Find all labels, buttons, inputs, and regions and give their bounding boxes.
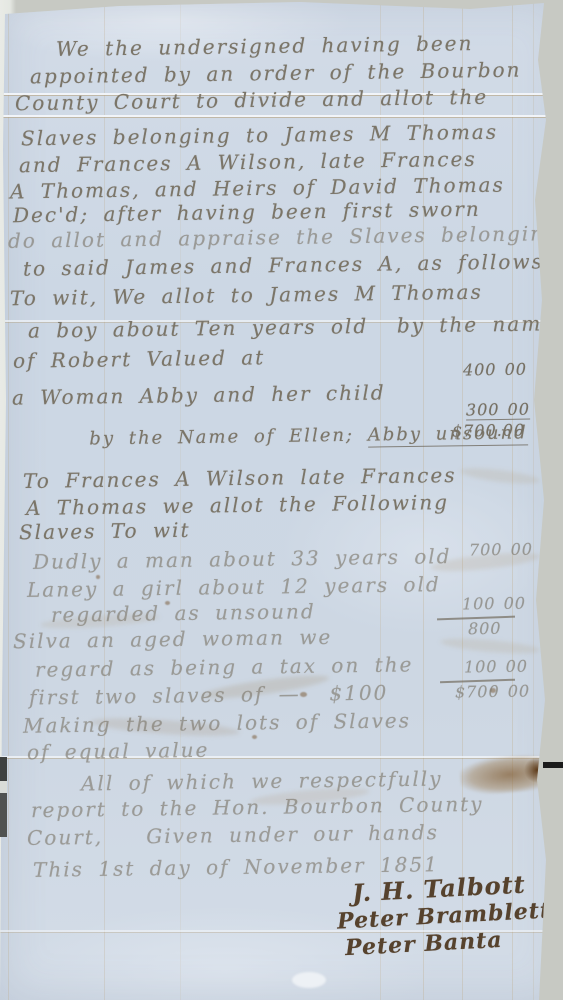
paper-chip [292,972,326,988]
manuscript-line: regarded as unsound [51,601,316,625]
manuscript-line: report to the Hon. Bourbon County [31,794,484,820]
manuscript-line: and Frances A Wilson, late Frances [19,149,477,175]
manuscript-line: to said James and Frances A, as follows [23,251,544,278]
ink-bleed-smudge [460,465,541,487]
manuscript-line: To Frances A Wilson late Frances [23,465,457,491]
amount-abby-ellen: 300 00 [466,402,530,421]
manuscript-line: Making the two lots of Slaves [23,710,411,735]
manuscript-line-ellen: by the Name of Ellen; Abby unsound [7,406,528,467]
manuscript-line: of equal value [27,740,210,763]
manuscript-line: A Thomas we allot the Following [26,492,449,518]
manuscript-line: This 1st day of November 1851 [33,854,439,880]
ink-speck [252,735,257,739]
ledger-rule [512,0,513,1000]
manuscript-line: appointed by an order of the Bourbon [30,60,522,87]
amount-dudly: 700 00 [469,542,533,559]
amount-tax: 100 00 [464,659,528,676]
scan-edge-mark-right [543,762,563,768]
manuscript-line: of Robert Valued at [13,347,266,371]
manuscript-line: Silva an aged woman we [13,627,332,651]
document-scan: We the undersigned having been appointed… [0,0,563,1000]
ledger-rule [8,0,9,1000]
manuscript-line: a Woman Abby and her child [12,382,386,407]
manuscript-line: Slaves belonging to James M Thomas [21,122,498,149]
fold-crease [0,115,563,119]
manuscript-line: Dudly a man about 33 years old [33,546,452,572]
manuscript-line: regard as being a tax on the [35,654,414,679]
manuscript-line: first two slaves of — $100 [29,682,389,707]
ledger-rule [533,0,534,1000]
manuscript-line: a boy about Ten years old by the name [28,313,556,340]
amount-laney: 100 00 [462,596,526,613]
manuscript-line: Slaves To wit [19,520,191,542]
scan-edge-mark-left [0,757,7,837]
ink-bleed-smudge [440,636,541,657]
manuscript-line: County Court to divide and allot the [15,87,488,114]
manuscript-line: Laney a girl about 12 years old [27,574,441,600]
ink-stain-core [524,757,550,783]
manuscript-line: Dec'd; after having been first sworn [13,199,481,226]
manuscript-line: Court, Given under our hands [27,822,439,848]
manuscript-line: We the undersigned having been [56,33,474,59]
amount-frances-total: $700 00 [455,683,530,700]
amount-james-total: $700.00 [452,422,525,439]
manuscript-line: do allot and appraise the Slaves belongi… [8,223,560,251]
manuscript-line: All of which we respectfully [81,768,443,793]
manuscript-paper: We the undersigned having been appointed… [0,0,563,1000]
amount-robert: 400 00 [463,362,527,379]
manuscript-line: To wit, We allot to James M Thomas [10,282,483,309]
ellen-line-prefix: by the Name of Ellen; [89,425,368,450]
amount-silva: 800 [468,621,502,637]
